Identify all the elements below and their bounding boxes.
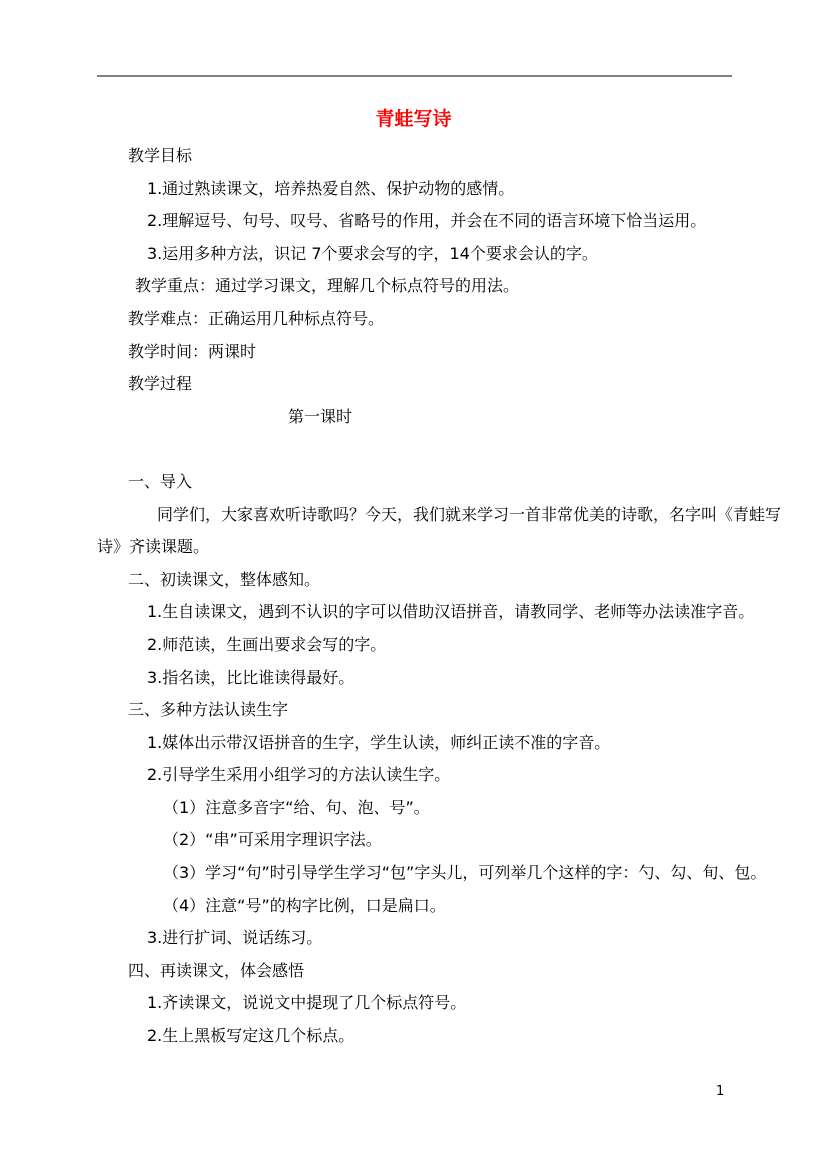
text-line: （1）注意多音字“给、句、泡、号”。 <box>163 792 757 825</box>
document-title: 青蛙写诗 <box>0 105 827 133</box>
document-page: 青蛙写诗 教学目标1.通过熟读课文，培养热爱自然、保护动物的感情。2.理解逗号、… <box>0 0 827 1170</box>
text-line: 教学重点：通过学习课文，理解几个标点符号的用法。 <box>135 270 757 303</box>
text-line: 2.师范读，生画出要求会写的字。 <box>147 629 757 662</box>
page-number: 1 <box>716 1083 724 1101</box>
text-line: （2）“串”可采用字理识字法。 <box>163 824 757 857</box>
text-line: 2.生上黑板写定这几个标点。 <box>147 1020 757 1053</box>
text-line: 教学时间：两课时 <box>128 336 757 369</box>
text-line: 2.理解逗号、句号、叹号、省略号的作用，并会在不同的语言环境下恰当运用。 <box>147 205 757 238</box>
header-rule <box>97 75 732 77</box>
text-line: 1.生自读课文，遇到不认识的字可以借助汉语拼音，请教同学、老师等办法读准字音。 <box>147 596 757 629</box>
text-line: （3）学习“句”时引导学生学习“包”字头儿，可列举几个这样的字：勺、勾、旬、包。 <box>163 857 757 890</box>
text-line: 教学过程 <box>128 368 757 401</box>
text-line: 3.进行扩词、说话练习。 <box>147 922 757 955</box>
text-line: 教学目标 <box>128 140 757 173</box>
document-body: 教学目标1.通过熟读课文，培养热爱自然、保护动物的感情。2.理解逗号、句号、叹号… <box>97 140 757 1053</box>
text-line: （4）注意“号”的构字比例，口是扁口。 <box>163 890 757 923</box>
text-line: 3.运用多种方法，识记 7个要求会写的字，14个要求会认的字。 <box>147 238 757 271</box>
text-line: 1.媒体出示带汉语拼音的生字，学生认读，师纠正读不准的字音。 <box>147 727 757 760</box>
text-line: 1.通过熟读课文，培养热爱自然、保护动物的感情。 <box>147 173 757 206</box>
text-line: 3.指名读，比比谁读得最好。 <box>147 662 757 695</box>
text-line <box>97 433 757 466</box>
text-line: 四、再读课文，体会感悟 <box>128 955 757 988</box>
text-line: 一、导入 <box>128 466 757 499</box>
text-line: 1.齐读课文，说说文中提现了几个标点符号。 <box>147 987 757 1020</box>
text-line: 第一课时 <box>288 401 757 434</box>
text-line: 二、初读课文，整体感知。 <box>128 564 757 597</box>
text-line: 2.引导学生采用小组学习的方法认读生字。 <box>147 759 757 792</box>
text-line: 三、多种方法认读生字 <box>128 694 757 727</box>
text-line: 诗》齐读课题。 <box>97 531 757 564</box>
text-line: 同学们，大家喜欢听诗歌吗？今天，我们就来学习一首非常优美的诗歌，名字叫《青蛙写 <box>157 499 757 532</box>
text-line: 教学难点：正确运用几种标点符号。 <box>128 303 757 336</box>
